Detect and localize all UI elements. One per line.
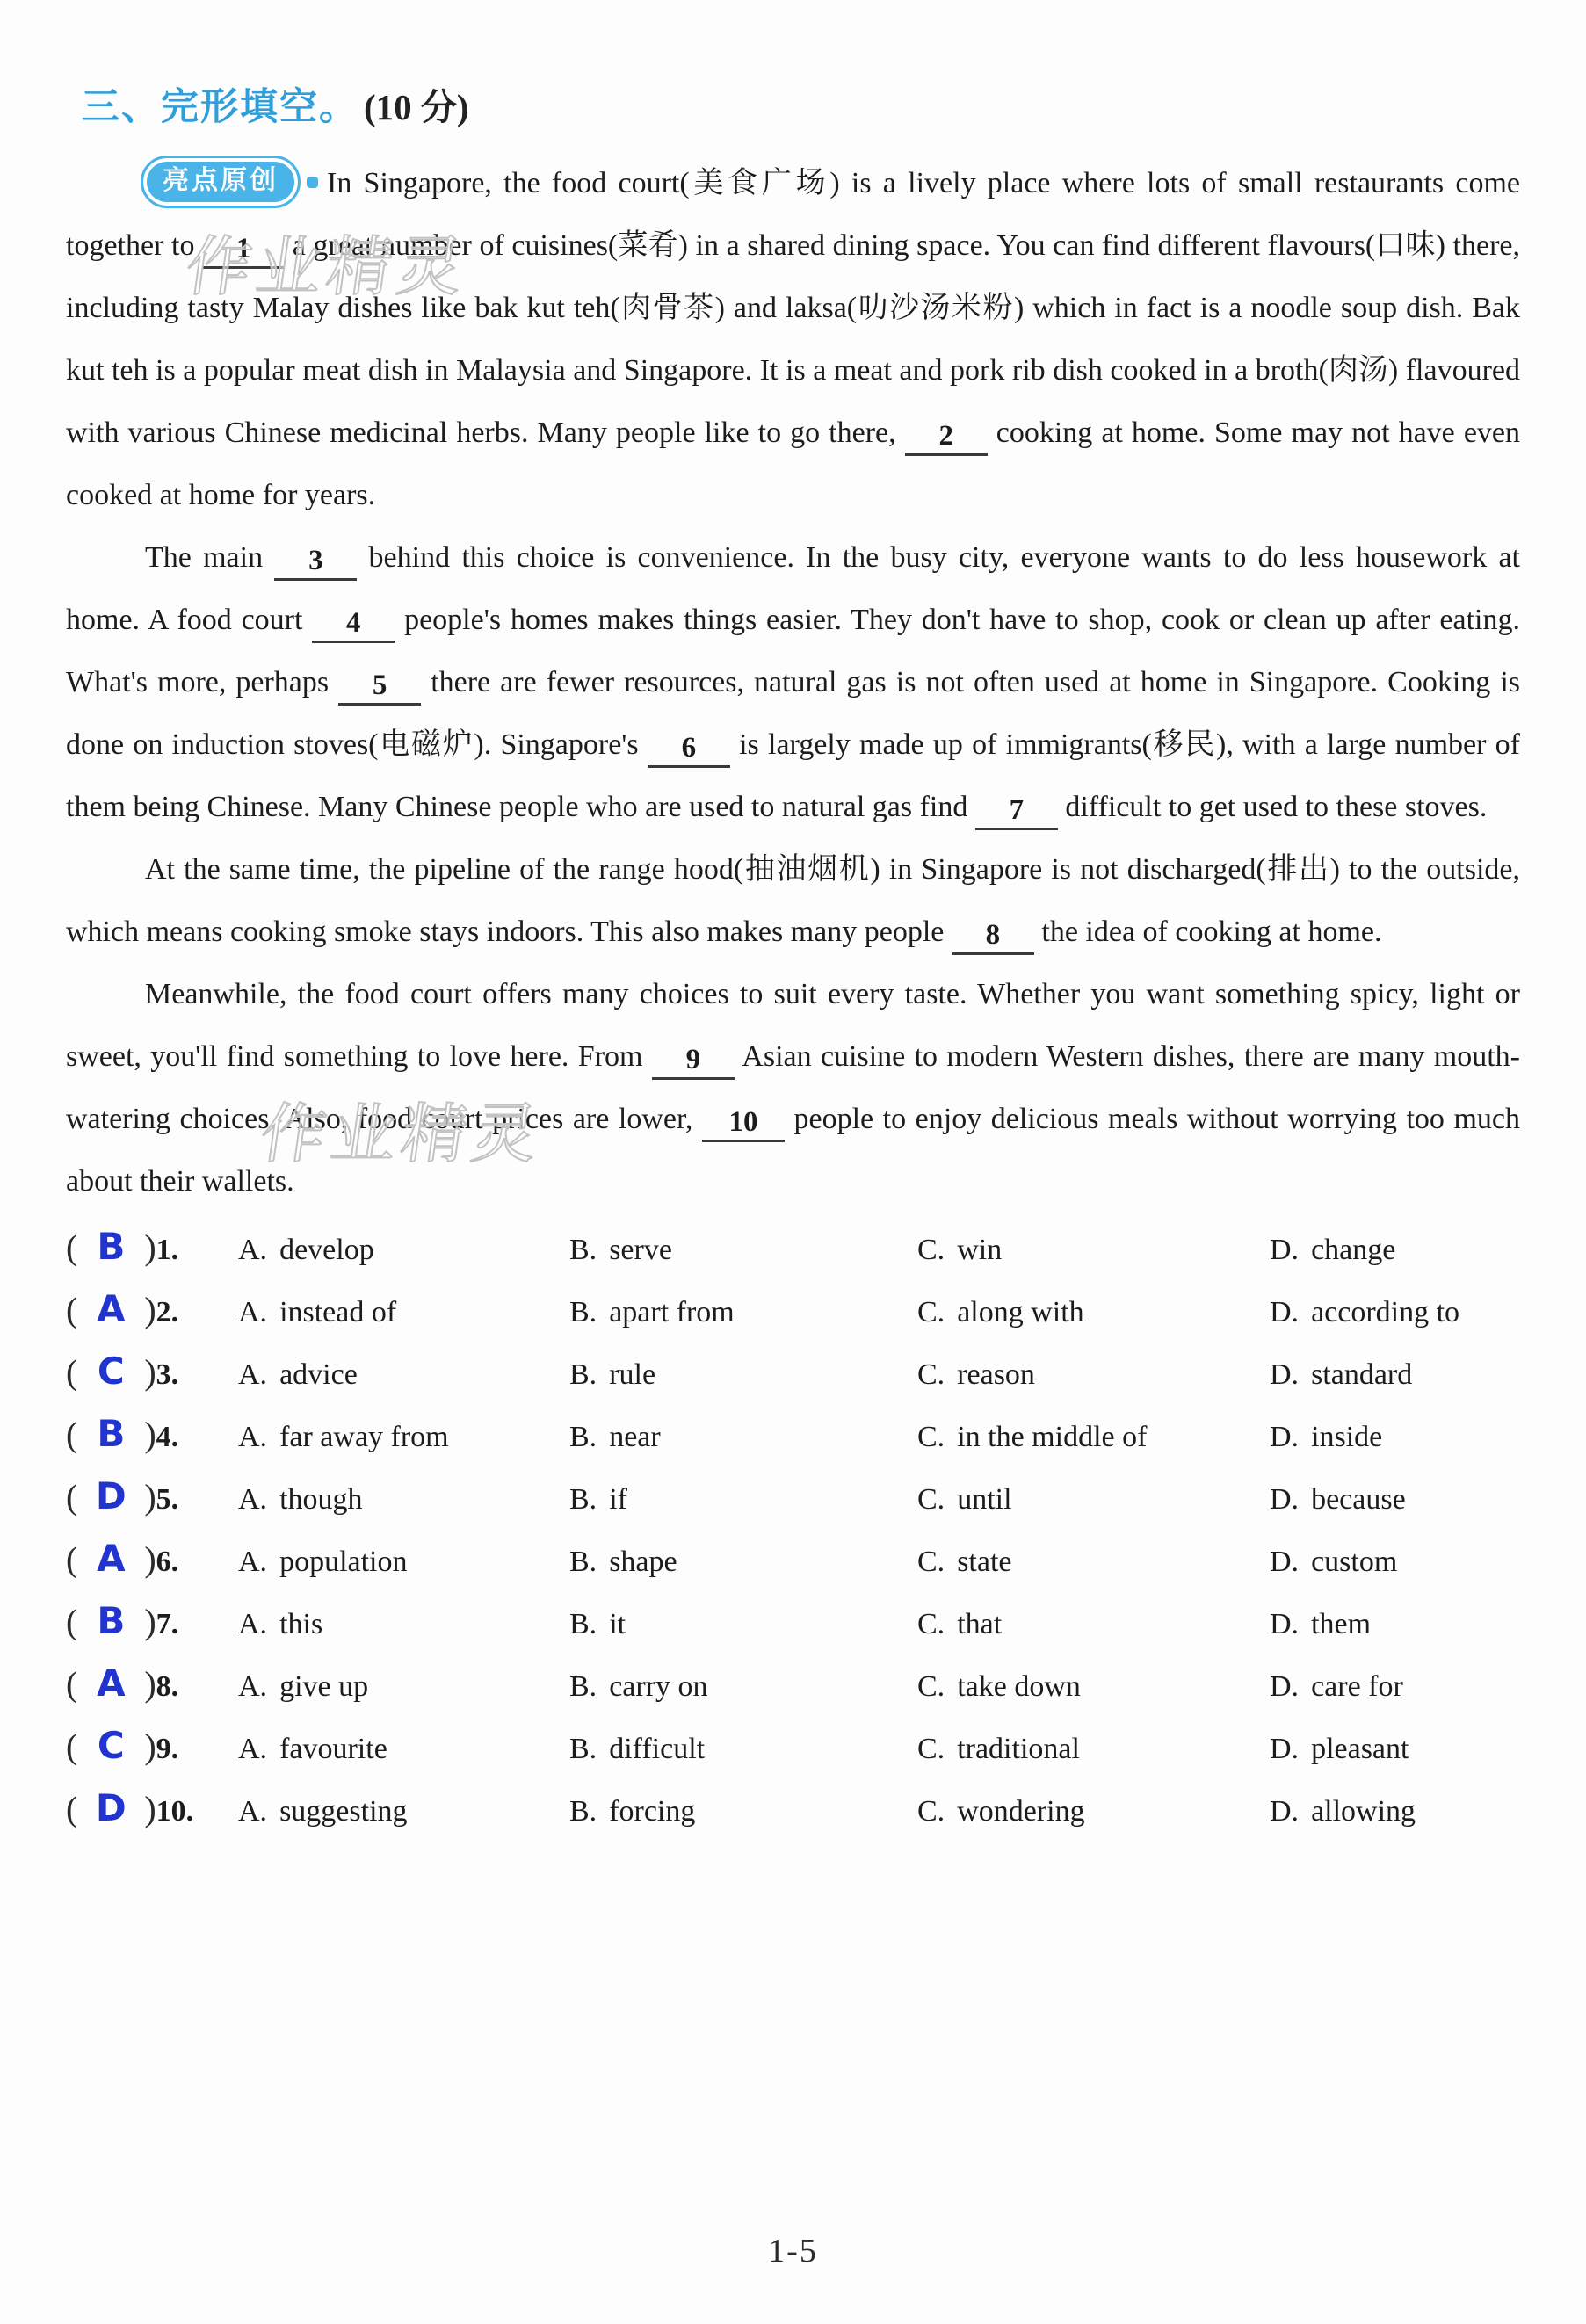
handwritten-answer: B — [77, 1225, 144, 1268]
option-d: D.custom — [1270, 1546, 1520, 1579]
option-d: D.according to — [1270, 1296, 1520, 1329]
section-score: (10 分) — [364, 87, 469, 127]
handwritten-answer: A — [77, 1287, 144, 1330]
question-prefix: (B)4. — [66, 1412, 238, 1455]
option-a: A.suggesting — [238, 1795, 569, 1828]
option-text: pleasant — [1311, 1733, 1409, 1765]
close-paren: ) — [144, 1290, 156, 1329]
option-label: C. — [917, 1483, 945, 1516]
option-label: C. — [917, 1670, 945, 1703]
option-b: B.rule — [569, 1358, 917, 1392]
section-title: 三、完形填空。(10 分) — [82, 84, 1520, 131]
option-label: D. — [1270, 1358, 1299, 1391]
question-number: 10. — [156, 1795, 194, 1828]
option-text: wondering — [957, 1795, 1084, 1828]
option-text: give up — [279, 1670, 368, 1703]
option-label: D. — [1270, 1795, 1299, 1828]
option-label: A. — [238, 1546, 267, 1578]
question-prefix: (A)8. — [66, 1662, 238, 1705]
option-label: A. — [238, 1608, 267, 1640]
option-b: B.carry on — [569, 1670, 917, 1704]
highlight-original-badge: 亮点原创 — [141, 156, 301, 208]
open-paren: ( — [66, 1664, 77, 1704]
open-paren: ( — [66, 1477, 77, 1517]
option-label: C. — [917, 1234, 945, 1266]
option-c: C.take down — [917, 1670, 1270, 1704]
option-label: D. — [1270, 1234, 1299, 1266]
question-row: (A)8.A.give upB.carry onC.take downD.car… — [66, 1662, 1520, 1724]
option-label: D. — [1270, 1483, 1299, 1516]
section-title-text: 三、完形填空。 — [82, 85, 358, 129]
cloze-blank-9: 9 — [652, 1042, 735, 1080]
option-text: this — [279, 1608, 322, 1640]
option-label: B. — [569, 1234, 597, 1266]
close-paren: ) — [144, 1664, 156, 1704]
option-a: A.far away from — [238, 1421, 569, 1454]
option-text: shape — [609, 1546, 677, 1578]
close-paren: ) — [144, 1789, 156, 1828]
option-a: A.give up — [238, 1670, 569, 1704]
open-paren: ( — [66, 1789, 77, 1828]
option-label: D. — [1270, 1421, 1299, 1453]
question-prefix: (A)6. — [66, 1537, 238, 1580]
question-number: 2. — [156, 1296, 179, 1329]
passage-paragraph: Meanwhile, the food court offers many ch… — [66, 963, 1520, 1213]
question-prefix: (D)10. — [66, 1786, 238, 1829]
handwritten-answer: C — [77, 1350, 144, 1393]
option-d: D.inside — [1270, 1421, 1520, 1454]
question-prefix: (B)7. — [66, 1599, 238, 1642]
option-label: D. — [1270, 1733, 1299, 1765]
cloze-blank-8: 8 — [952, 917, 1034, 955]
question-number: 6. — [156, 1546, 179, 1578]
question-prefix: (C)3. — [66, 1350, 238, 1393]
option-label: A. — [238, 1234, 267, 1266]
option-text: until — [957, 1483, 1011, 1516]
close-paren: ) — [144, 1602, 156, 1641]
option-text: standard — [1311, 1358, 1412, 1391]
cloze-blank-4: 4 — [312, 605, 395, 643]
option-a: A.this — [238, 1608, 569, 1641]
handwritten-answer: D — [77, 1786, 144, 1829]
question-row: (B)4.A.far away fromB.nearC.in the middl… — [66, 1412, 1520, 1474]
option-text: carry on — [609, 1670, 707, 1703]
question-number: 9. — [156, 1733, 179, 1765]
open-paren: ( — [66, 1352, 77, 1392]
option-d: D.care for — [1270, 1670, 1520, 1704]
open-paren: ( — [66, 1727, 77, 1766]
question-row: (A)6.A.populationB.shapeC.stateD.custom — [66, 1537, 1520, 1599]
option-b: B.serve — [569, 1234, 917, 1267]
question-prefix: (A)2. — [66, 1287, 238, 1330]
option-text: apart from — [609, 1296, 735, 1329]
option-label: B. — [569, 1608, 597, 1640]
open-paren: ( — [66, 1227, 77, 1267]
option-label: C. — [917, 1733, 945, 1765]
option-d: D.them — [1270, 1608, 1520, 1641]
option-text: state — [957, 1546, 1011, 1578]
option-text: change — [1311, 1234, 1395, 1266]
option-label: B. — [569, 1296, 597, 1329]
option-text: suggesting — [279, 1795, 407, 1828]
option-label: D. — [1270, 1608, 1299, 1640]
option-text: take down — [957, 1670, 1081, 1703]
option-label: D. — [1270, 1296, 1299, 1329]
handwritten-answer: D — [77, 1474, 144, 1517]
option-text: instead of — [279, 1296, 396, 1329]
option-text: far away from — [279, 1421, 449, 1453]
option-text: them — [1311, 1608, 1371, 1640]
option-text: though — [279, 1483, 362, 1516]
option-label: C. — [917, 1795, 945, 1828]
option-c: C.wondering — [917, 1795, 1270, 1828]
option-c: C.reason — [917, 1358, 1270, 1392]
option-label: C. — [917, 1608, 945, 1640]
option-a: A.instead of — [238, 1296, 569, 1329]
handwritten-answer: B — [77, 1599, 144, 1642]
question-prefix: (B)1. — [66, 1225, 238, 1268]
option-a: A.though — [238, 1483, 569, 1517]
option-label: C. — [917, 1358, 945, 1391]
option-label: B. — [569, 1795, 597, 1828]
passage-paragraph: 亮点原创In Singapore, the food court(美食广场) i… — [66, 152, 1520, 526]
option-text: custom — [1311, 1546, 1397, 1578]
option-label: B. — [569, 1546, 597, 1578]
option-text: care for — [1311, 1670, 1403, 1703]
cloze-blank-1: 1 — [202, 231, 285, 269]
option-text: forcing — [609, 1795, 695, 1828]
option-text: rule — [609, 1358, 655, 1391]
option-label: C. — [917, 1296, 945, 1329]
option-text: if — [609, 1483, 627, 1516]
option-label: B. — [569, 1670, 597, 1703]
option-d: D.pleasant — [1270, 1733, 1520, 1766]
option-label: A. — [238, 1733, 267, 1765]
cloze-blank-5: 5 — [338, 668, 421, 706]
open-paren: ( — [66, 1290, 77, 1329]
handwritten-answer: A — [77, 1662, 144, 1705]
option-text: win — [957, 1234, 1002, 1266]
option-label: A. — [238, 1296, 267, 1329]
passage-paragraph: At the same time, the pipeline of the ra… — [66, 838, 1520, 963]
close-paren: ) — [144, 1227, 156, 1267]
option-text: because — [1311, 1483, 1406, 1516]
option-c: C.in the middle of — [917, 1421, 1270, 1454]
option-text: favourite — [279, 1733, 387, 1765]
questions: (B)1.A.developB.serveC.winD.change(A)2.A… — [66, 1225, 1520, 1849]
option-text: according to — [1311, 1296, 1459, 1329]
option-c: C.along with — [917, 1296, 1270, 1329]
question-number: 4. — [156, 1421, 179, 1453]
option-b: B.near — [569, 1421, 917, 1454]
question-row: (B)7.A.thisB.itC.thatD.them — [66, 1599, 1520, 1662]
option-d: D.change — [1270, 1234, 1520, 1267]
question-prefix: (D)5. — [66, 1474, 238, 1517]
option-label: A. — [238, 1670, 267, 1703]
option-b: B.difficult — [569, 1733, 917, 1766]
question-number: 7. — [156, 1608, 179, 1640]
question-prefix: (C)9. — [66, 1724, 238, 1767]
option-label: B. — [569, 1483, 597, 1516]
option-c: C.state — [917, 1546, 1270, 1579]
option-text: inside — [1311, 1421, 1382, 1453]
option-d: D.allowing — [1270, 1795, 1520, 1828]
open-paren: ( — [66, 1602, 77, 1641]
option-b: B.it — [569, 1608, 917, 1641]
option-a: A.favourite — [238, 1733, 569, 1766]
cloze-blank-10: 10 — [702, 1104, 785, 1142]
option-b: B.forcing — [569, 1795, 917, 1828]
passage: 亮点原创In Singapore, the food court(美食广场) i… — [66, 152, 1520, 1213]
question-row: (D)5.A.thoughB.ifC.untilD.because — [66, 1474, 1520, 1537]
option-text: in the middle of — [957, 1421, 1147, 1453]
cloze-blank-3: 3 — [274, 543, 357, 581]
option-text: develop — [279, 1234, 374, 1266]
cloze-blank-2: 2 — [905, 418, 988, 456]
option-label: B. — [569, 1733, 597, 1765]
option-d: D.because — [1270, 1483, 1520, 1517]
option-text: difficult — [609, 1733, 705, 1765]
handwritten-answer: C — [77, 1724, 144, 1767]
option-a: A.advice — [238, 1358, 569, 1392]
option-c: C.win — [917, 1234, 1270, 1267]
option-text: population — [279, 1546, 407, 1578]
question-number: 8. — [156, 1670, 179, 1703]
badge-dot-icon — [307, 177, 318, 188]
option-label: D. — [1270, 1546, 1299, 1578]
option-text: serve — [609, 1234, 672, 1266]
option-label: A. — [238, 1795, 267, 1828]
option-label: A. — [238, 1483, 267, 1516]
option-label: B. — [569, 1421, 597, 1453]
question-number: 1. — [156, 1234, 179, 1266]
open-paren: ( — [66, 1539, 77, 1579]
question-row: (A)2.A.instead ofB.apart fromC.along wit… — [66, 1287, 1520, 1350]
option-label: C. — [917, 1546, 945, 1578]
question-number: 3. — [156, 1358, 179, 1391]
option-d: D.standard — [1270, 1358, 1520, 1392]
close-paren: ) — [144, 1477, 156, 1517]
question-row: (B)1.A.developB.serveC.winD.change — [66, 1225, 1520, 1287]
option-text: it — [609, 1608, 626, 1640]
option-b: B.shape — [569, 1546, 917, 1579]
option-c: C.that — [917, 1608, 1270, 1641]
option-b: B.if — [569, 1483, 917, 1517]
option-label: C. — [917, 1421, 945, 1453]
option-text: that — [957, 1608, 1002, 1640]
option-text: advice — [279, 1358, 358, 1391]
passage-paragraph: The main 3 behind this choice is conveni… — [66, 526, 1520, 838]
handwritten-answer: B — [77, 1412, 144, 1455]
option-text: near — [609, 1421, 661, 1453]
option-label: D. — [1270, 1670, 1299, 1703]
close-paren: ) — [144, 1727, 156, 1766]
handwritten-answer: A — [77, 1537, 144, 1580]
option-a: A.population — [238, 1546, 569, 1579]
option-b: B.apart from — [569, 1296, 917, 1329]
question-row: (C)9.A.favouriteB.difficultC.traditional… — [66, 1724, 1520, 1786]
cloze-blank-7: 7 — [975, 793, 1058, 830]
option-text: reason — [957, 1358, 1035, 1391]
option-text: allowing — [1311, 1795, 1416, 1828]
option-a: A.develop — [238, 1234, 569, 1267]
open-paren: ( — [66, 1415, 77, 1454]
option-label: A. — [238, 1421, 267, 1453]
option-text: along with — [957, 1296, 1083, 1329]
option-c: C.until — [917, 1483, 1270, 1517]
option-label: A. — [238, 1358, 267, 1391]
close-paren: ) — [144, 1539, 156, 1579]
option-c: C.traditional — [917, 1733, 1270, 1766]
cloze-blank-6: 6 — [648, 730, 730, 768]
close-paren: ) — [144, 1415, 156, 1454]
option-label: B. — [569, 1358, 597, 1391]
close-paren: ) — [144, 1352, 156, 1392]
option-text: traditional — [957, 1733, 1080, 1765]
exam-page: 三、完形填空。(10 分) 亮点原创In Singapore, the food… — [0, 0, 1586, 1849]
question-number: 5. — [156, 1483, 179, 1516]
question-row: (C)3.A.adviceB.ruleC.reasonD.standard — [66, 1350, 1520, 1412]
question-row: (D)10.A.suggestingB.forcingC.wonderingD.… — [66, 1786, 1520, 1849]
page-number: 1-5 — [0, 2232, 1586, 2270]
